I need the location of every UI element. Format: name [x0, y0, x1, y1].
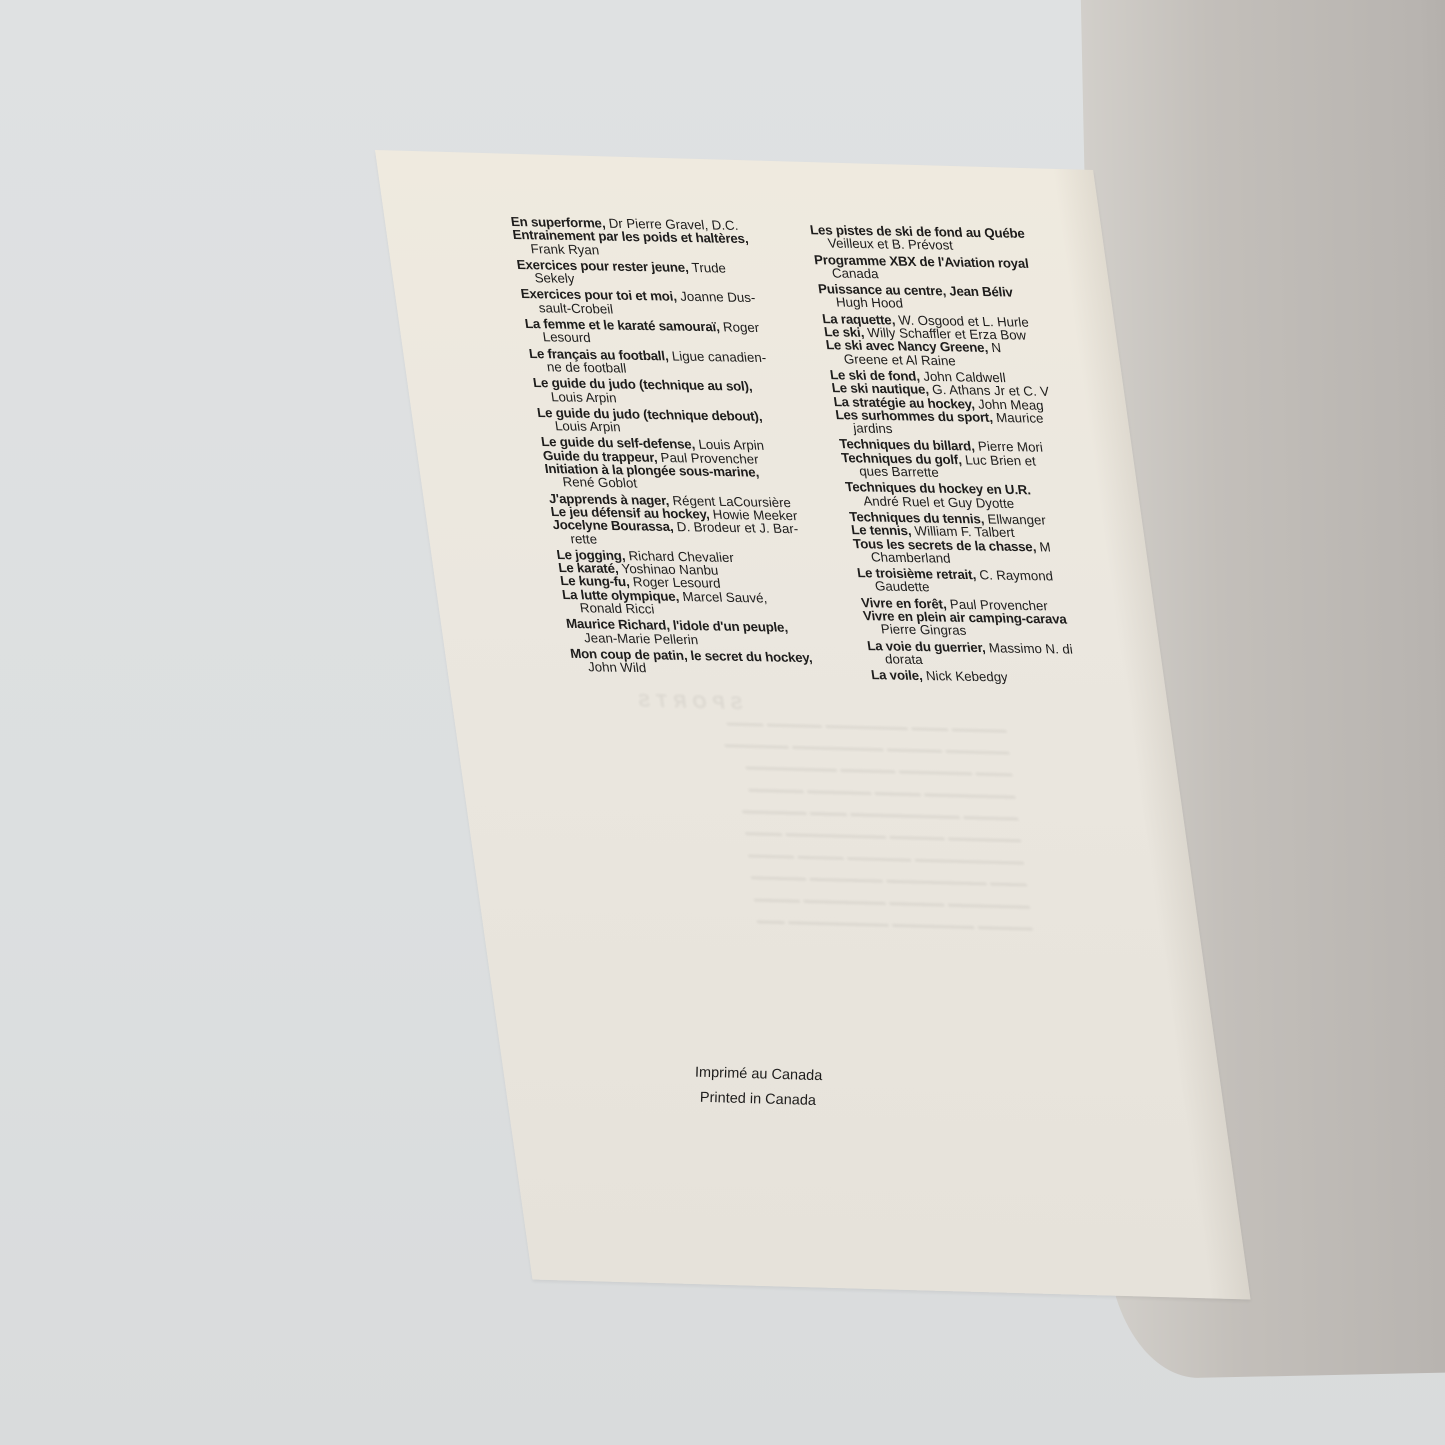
list-item: Le guide du judo (technique debout), Lou…	[536, 406, 822, 438]
list-item: La voie du guerrier, Massimo N. didorata	[866, 639, 1160, 671]
list-item: Exercices pour toi et moi, Joanne Dus-sa…	[520, 287, 806, 319]
list-item: Le ski avec Nancy Greene, NGreene et Al …	[825, 339, 1119, 371]
list-item: Maurice Richard, l'idole d'un peuple, Je…	[565, 617, 851, 649]
list-item: Le guide du judo (technique au sol), Lou…	[532, 376, 818, 408]
list-item: Le français au football, Ligue canadien-…	[528, 347, 814, 379]
list-item: Initiation à la plongée sous-marine, Ren…	[544, 462, 830, 494]
colophon-english: Printed in Canada	[673, 1085, 844, 1115]
list-item: Mon coup de patin, le secret du hockey, …	[569, 647, 855, 679]
list-item: Jocelyne Bourassa, D. Brodeur et J. Bar-…	[552, 518, 838, 550]
list-item: La lutte olympique, Marcel Sauvé,Ronald …	[561, 588, 847, 620]
list-item: Les pistes de ski de fond au Québe Veill…	[809, 223, 1103, 255]
list-item: Exercices pour rester jeune, TrudeSekely	[516, 258, 802, 290]
colophon-french: Imprimé au Canada	[673, 1060, 844, 1090]
list-item: Programme XBX de l'Aviation royal Canada	[813, 253, 1107, 285]
list-item: Vivre en plein air camping-carava Pierre…	[862, 609, 1156, 641]
print-colophon: Imprimé au Canada Printed in Canada	[673, 1060, 844, 1115]
photo-scene: SPORTS ━━━━━━ ━━━━ ━━━━━━━━━ ━━━━━━ ━━━━…	[0, 0, 1445, 1445]
list-item: Techniques du hockey en U.R. André Ruel …	[845, 481, 1139, 513]
list-item: La femme et le karaté samouraï, RogerLes…	[524, 317, 810, 349]
list-item: Entrainement par les poids et haltères, …	[512, 228, 798, 260]
list-item: Les surhommes du sport, Mauricejardins	[835, 408, 1129, 440]
list-item: Puissance au centre, Jean Béliv Hugh Hoo…	[817, 282, 1111, 314]
list-item: Le troisième retrait, C. RaymondGaudette	[856, 566, 1150, 598]
list-item: Techniques du golf, Luc Brien etques Bar…	[840, 451, 1134, 483]
list-item: Tous les secrets de la chasse, MChamberl…	[852, 537, 1146, 569]
